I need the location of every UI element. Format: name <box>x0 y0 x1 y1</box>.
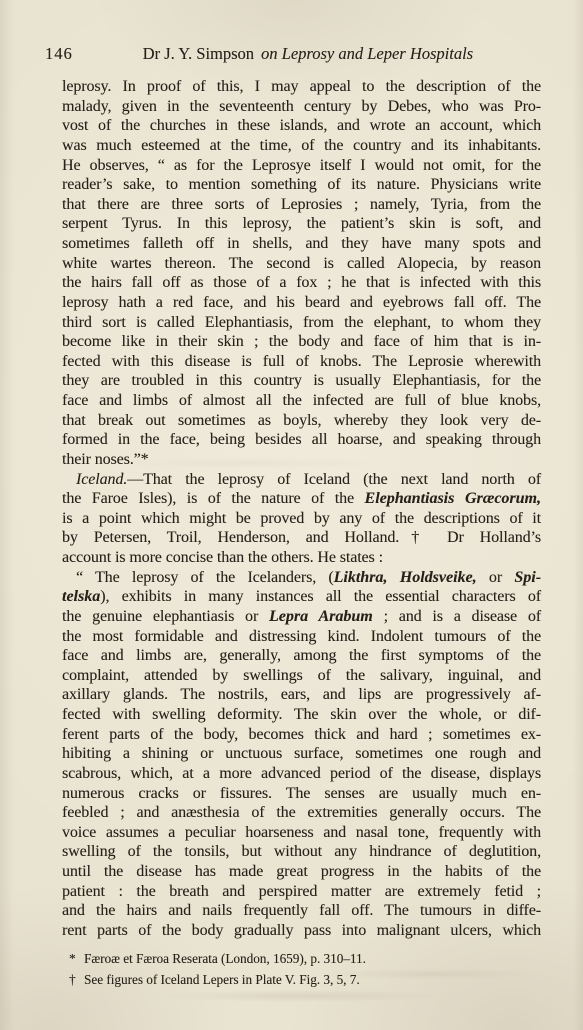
text-line: complaint, attended by swellings of the … <box>62 666 541 686</box>
text-line: He observes, “ as for the Leprosye itsel… <box>62 156 541 176</box>
text-line: fected with swelling deformity. The skin… <box>62 705 541 725</box>
text-line: they are troubled in this country is usu… <box>62 371 541 391</box>
text-line: serpent Tyrus. In this leprosy, the pati… <box>62 214 541 234</box>
page-body: leprosy. In proof of this, I may appeal … <box>62 77 541 941</box>
text-line: numerous cracks or fissures. The senses … <box>62 784 541 804</box>
text-line: feebled ; and anæsthesia of the extremit… <box>62 803 541 823</box>
text-line: and the hairs and nails frequently fall … <box>62 901 541 921</box>
footnotes: *Færoæ et Færoa Reserata (London, 1659),… <box>69 949 539 990</box>
footnote-text: See figures of Iceland Lepers in Plate V… <box>84 972 360 987</box>
text-line: their noses.”* <box>62 450 541 470</box>
text-line: Iceland.—That the leprosy of Iceland (th… <box>62 470 541 490</box>
text-line: become like in their skin ; the body and… <box>62 332 541 352</box>
text-line: ferent parts of the body, becomes thick … <box>62 725 541 745</box>
text-line: swelling of the tonsils, but without any… <box>62 842 541 862</box>
text-line: rent parts of the body gradually pass in… <box>62 921 541 941</box>
text-line: leprosy hath a red face, and his beard a… <box>62 293 541 313</box>
text-line: scabrous, which, at a more advanced peri… <box>62 764 541 784</box>
text-line: patient : the breath and perspired matte… <box>62 882 541 902</box>
running-title-subject: on Leprosy and Leper Hospitals <box>261 44 473 63</box>
text-line: the hairs fall off as those of a fox ; h… <box>62 273 541 293</box>
footnote-marker: * <box>69 949 84 970</box>
text-line: the Faroe Isles), is of the nature of th… <box>62 489 541 509</box>
text-line: axillary glands. The nostrils, ears, and… <box>62 685 541 705</box>
text-line: third sort is called Elephantiasis, from… <box>62 313 541 333</box>
text-line: is a point which might be proved by any … <box>62 509 541 529</box>
text-line: that break out sometimes as boyls, where… <box>62 411 541 431</box>
running-title: Dr J. Y. Simpsonon Leprosy and Leper Hos… <box>73 45 543 63</box>
text-line: reader’s sake, to mention something of i… <box>62 175 541 195</box>
footnote-marker: † <box>69 970 84 991</box>
page-header: 146 Dr J. Y. Simpsonon Leprosy and Leper… <box>45 45 543 63</box>
text-line: fected with this disease is full of knob… <box>62 352 541 372</box>
text-line: formed in the face, being besides all ho… <box>62 430 541 450</box>
text-line: white wartes thereon. The second is call… <box>62 254 541 274</box>
text-line: account is more concise than the others.… <box>62 548 541 568</box>
text-line: the genuine elephantiasis or Lepra Arabu… <box>62 607 541 627</box>
text-line: that there are three sorts of Leprosies … <box>62 195 541 215</box>
text-line: voice assumes a peculiar hoarseness and … <box>62 823 541 843</box>
text-line: vost of the churches in these islands, a… <box>62 116 541 136</box>
text-line: face and limbs of almost all the infecte… <box>62 391 541 411</box>
text-line: the most formidable and distressing kind… <box>62 627 541 647</box>
book-page: 146 Dr J. Y. Simpsonon Leprosy and Leper… <box>0 0 583 1030</box>
text-line: leprosy. In proof of this, I may appeal … <box>62 77 541 97</box>
text-line: until the disease has made great progres… <box>62 862 541 882</box>
text-line: was much esteemed at the time, of the co… <box>62 136 541 156</box>
text-line: telska), exhibits in many instances all … <box>62 587 541 607</box>
footnote: †See figures of Iceland Lepers in Plate … <box>69 970 539 991</box>
footnote-text: Færoæ et Færoa Reserata (London, 1659), … <box>84 951 366 966</box>
page-number: 146 <box>45 45 73 63</box>
text-line: malady, given in the seventeenth century… <box>62 97 541 117</box>
footnote: *Færoæ et Færoa Reserata (London, 1659),… <box>69 949 539 970</box>
text-line: by Petersen, Troil, Henderson, and Holla… <box>62 528 541 548</box>
text-line: sometimes falleth off in shells, and the… <box>62 234 541 254</box>
text-line: face and limbs are, generally, among the… <box>62 646 541 666</box>
text-line: “ The leprosy of the Icelanders, (Likthr… <box>62 568 541 588</box>
text-line: hibiting a shining or unctuous surface, … <box>62 744 541 764</box>
running-title-author: Dr J. Y. Simpson <box>143 44 254 63</box>
